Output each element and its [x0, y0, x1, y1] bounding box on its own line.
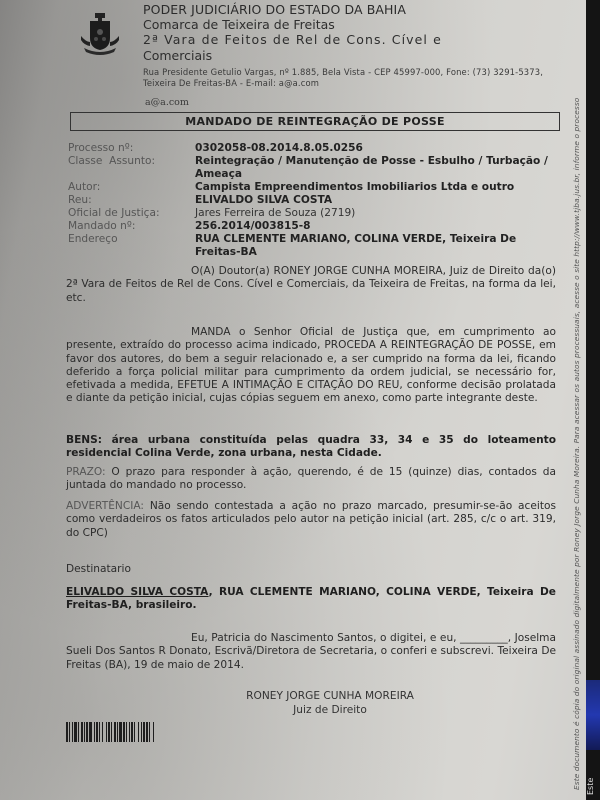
court-comarca: Comarca de Teixeira de Freitas: [143, 17, 563, 32]
field-label: Classe Assunto:: [68, 155, 195, 181]
blue-cover-edge: [586, 680, 600, 750]
field-label: Mandado nº:: [68, 220, 195, 233]
advertencia-label: ADVERTÊNCIA:: [66, 500, 144, 512]
field-processo: Processo nº: 0302058-08.2014.8.05.0256: [68, 142, 558, 155]
coat-of-arms-icon: [78, 12, 122, 56]
field-oficial: Oficial de Justiça: Jares Ferreira de So…: [68, 207, 558, 220]
field-endereco: Endereço RUA CLEMENTE MARIANO, COLINA VE…: [68, 233, 558, 259]
prazo-label: PRAZO:: [66, 466, 106, 478]
handwritten-email: a@a.com: [145, 97, 189, 108]
destinatario-name: ELIVALDO SILVA COSTA: [66, 586, 209, 598]
field-value: 256.2014/003815-8: [195, 220, 311, 233]
case-fields: Processo nº: 0302058-08.2014.8.05.0256 C…: [68, 142, 558, 259]
intro-paragraph: O(A) Doutor(a) RONEY JORGE CUNHA MOREIRA…: [66, 265, 556, 305]
field-value: 0302058-08.2014.8.05.0256: [195, 142, 363, 155]
field-mandado: Mandado nº: 256.2014/003815-8: [68, 220, 558, 233]
judge-role: Juiz de Direito: [30, 704, 600, 716]
closing-paragraph: Eu, Patricia do Nascimento Santos, o dig…: [66, 632, 556, 672]
document-title: MANDADO DE REINTEGRAÇÃO DE POSSE: [185, 115, 445, 128]
field-value: Campista Empreendimentos Imobiliarios Lt…: [195, 181, 514, 194]
field-reu: Reu: ELIVALDO SILVA COSTA: [68, 194, 558, 207]
court-vara-cont: Comerciais: [143, 48, 563, 63]
manda-paragraph: MANDA o Senhor Oficial de Justiça que, e…: [66, 326, 556, 406]
court-header: PODER JUDICIÁRIO DO ESTADO DA BAHIA Coma…: [143, 2, 563, 88]
field-classe-assunto: Classe Assunto: Reintegração / Manutençã…: [68, 155, 558, 181]
court-address: Rua Presidente Getulio Vargas, nº 1.885,…: [143, 67, 563, 88]
document-title-box: MANDADO DE REINTEGRAÇÃO DE POSSE: [70, 112, 560, 131]
field-label: Processo nº:: [68, 142, 195, 155]
prazo-text: O prazo para responder à ação, querendo,…: [66, 466, 556, 491]
field-value: Reintegração / Manutenção de Posse - Esb…: [195, 155, 558, 181]
digital-signature-note: Este documento é cópia do original assin…: [572, 98, 581, 790]
bens-paragraph: BENS: área urbana constituída pelas quad…: [66, 434, 556, 461]
barcode-icon: [66, 722, 234, 742]
document-page: PODER JUDICIÁRIO DO ESTADO DA BAHIA Coma…: [0, 0, 600, 800]
field-autor: Autor: Campista Empreendimentos Imobilia…: [68, 181, 558, 194]
field-label: Reu:: [68, 194, 195, 207]
destinatario-label: Destinatario: [66, 563, 556, 576]
destinatario-paragraph: ELIVALDO SILVA COSTA, RUA CLEMENTE MARIA…: [66, 586, 556, 613]
edge-text: Este: [586, 778, 595, 795]
advertencia-paragraph: ADVERTÊNCIA: Não sendo contestada a ação…: [66, 500, 556, 540]
judge-name: RONEY JORGE CUNHA MOREIRA: [30, 690, 600, 702]
field-label: Autor:: [68, 181, 195, 194]
field-value: RUA CLEMENTE MARIANO, COLINA VERDE, Teix…: [195, 233, 558, 259]
court-organization: PODER JUDICIÁRIO DO ESTADO DA BAHIA: [143, 2, 563, 17]
field-value: ELIVALDO SILVA COSTA: [195, 194, 332, 207]
field-label: Oficial de Justiça:: [68, 207, 195, 220]
court-vara: 2ª Vara de Feitos de Rel de Cons. Cível …: [143, 32, 563, 48]
prazo-paragraph: PRAZO: O prazo para responder à ação, qu…: [66, 466, 556, 493]
field-value: Jares Ferreira de Souza (2719): [195, 207, 355, 220]
field-label: Endereço: [68, 233, 195, 259]
